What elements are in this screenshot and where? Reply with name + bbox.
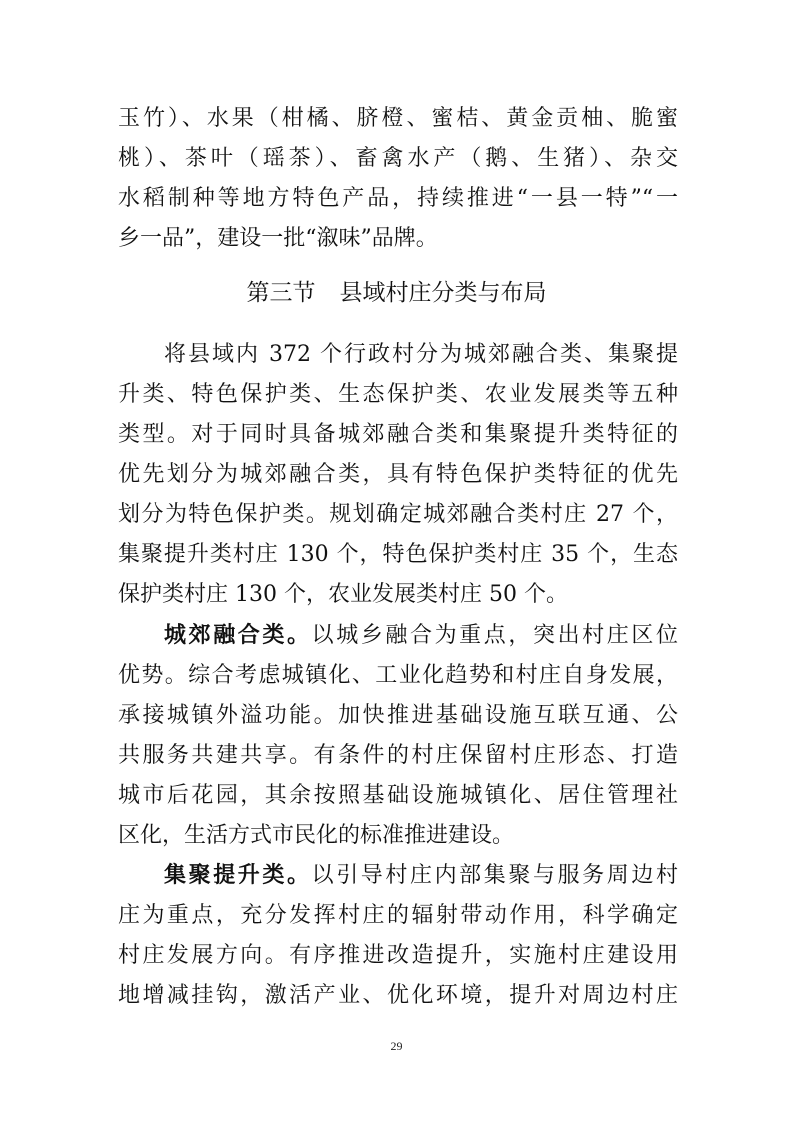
- body-text-line: 玉竹）、水果（柑橘、脐橙、蜜桔、黄金贡柚、脆蜜: [118, 104, 678, 134]
- body-text-line: 区化，生活方式市民化的标准推进建设。: [118, 821, 678, 851]
- paragraph-lead-line: 集聚提升类。以引导村庄内部集聚与服务周边村: [164, 861, 678, 891]
- page-number: 29: [0, 1039, 793, 1054]
- body-text-line: 将县域内 372 个行政村分为城郊融合类、集聚提: [164, 340, 678, 370]
- body-text-line: 承接城镇外溢功能。加快推进基础设施互联互通、公: [118, 701, 678, 731]
- section-heading: 第三节县域村庄分类与布局: [0, 278, 793, 308]
- body-text-line: 水稻制种等地方特色产品，持续推进“一县一特”“一: [118, 184, 678, 214]
- term-suburban-integration: 城郊融合类。: [164, 623, 312, 648]
- body-text-line: 保护类村庄 130 个，农业发展类村庄 50 个。: [118, 580, 678, 610]
- body-text-line: 升类、特色保护类、生态保护类、农业发展类等五种: [118, 380, 678, 410]
- body-text-line: 村庄发展方向。有序推进改造提升，实施村庄建设用: [118, 941, 678, 971]
- section-title: 县域村庄分类与布局: [340, 280, 547, 306]
- body-text: 以城乡融合为重点，突出村庄区位: [312, 623, 678, 648]
- body-text-line: 庄为重点，充分发挥村庄的辐射带动作用，科学确定: [118, 901, 678, 931]
- body-text-line: 类型。对于同时具备城郊融合类和集聚提升类特征的: [118, 420, 678, 450]
- body-text-line: 优势。综合考虑城镇化、工业化趋势和村庄自身发展，: [118, 661, 678, 691]
- body-text-line: 共服务共建共享。有条件的村庄保留村庄形态、打造: [118, 741, 678, 771]
- body-text: 以引导村庄内部集聚与服务周边村: [312, 863, 678, 888]
- body-text-line: 桃）、茶叶（瑶茶）、畜禽水产（鹅、生猪）、杂交: [118, 144, 678, 174]
- body-text-line: 集聚提升类村庄 130 个，特色保护类村庄 35 个，生态: [118, 540, 678, 570]
- body-text-line: 优先划分为城郊融合类，具有特色保护类特征的优先: [118, 460, 678, 490]
- document-page: 玉竹）、水果（柑橘、脐橙、蜜桔、黄金贡柚、脆蜜 桃）、茶叶（瑶茶）、畜禽水产（鹅…: [0, 0, 793, 1122]
- body-text-line: 划分为特色保护类。规划确定城郊融合类村庄 27 个，: [118, 500, 678, 530]
- section-number: 第三节: [247, 280, 316, 306]
- term-cluster-upgrade: 集聚提升类。: [164, 863, 312, 888]
- body-text-line: 乡一品”，建设一批“溆味”品牌。: [118, 224, 678, 254]
- body-text-line: 地增减挂钩，激活产业、优化环境，提升对周边村庄: [118, 981, 678, 1011]
- body-text-line: 城市后花园，其余按照基础设施城镇化、居住管理社: [118, 781, 678, 811]
- paragraph-lead-line: 城郊融合类。以城乡融合为重点，突出村庄区位: [164, 621, 678, 651]
